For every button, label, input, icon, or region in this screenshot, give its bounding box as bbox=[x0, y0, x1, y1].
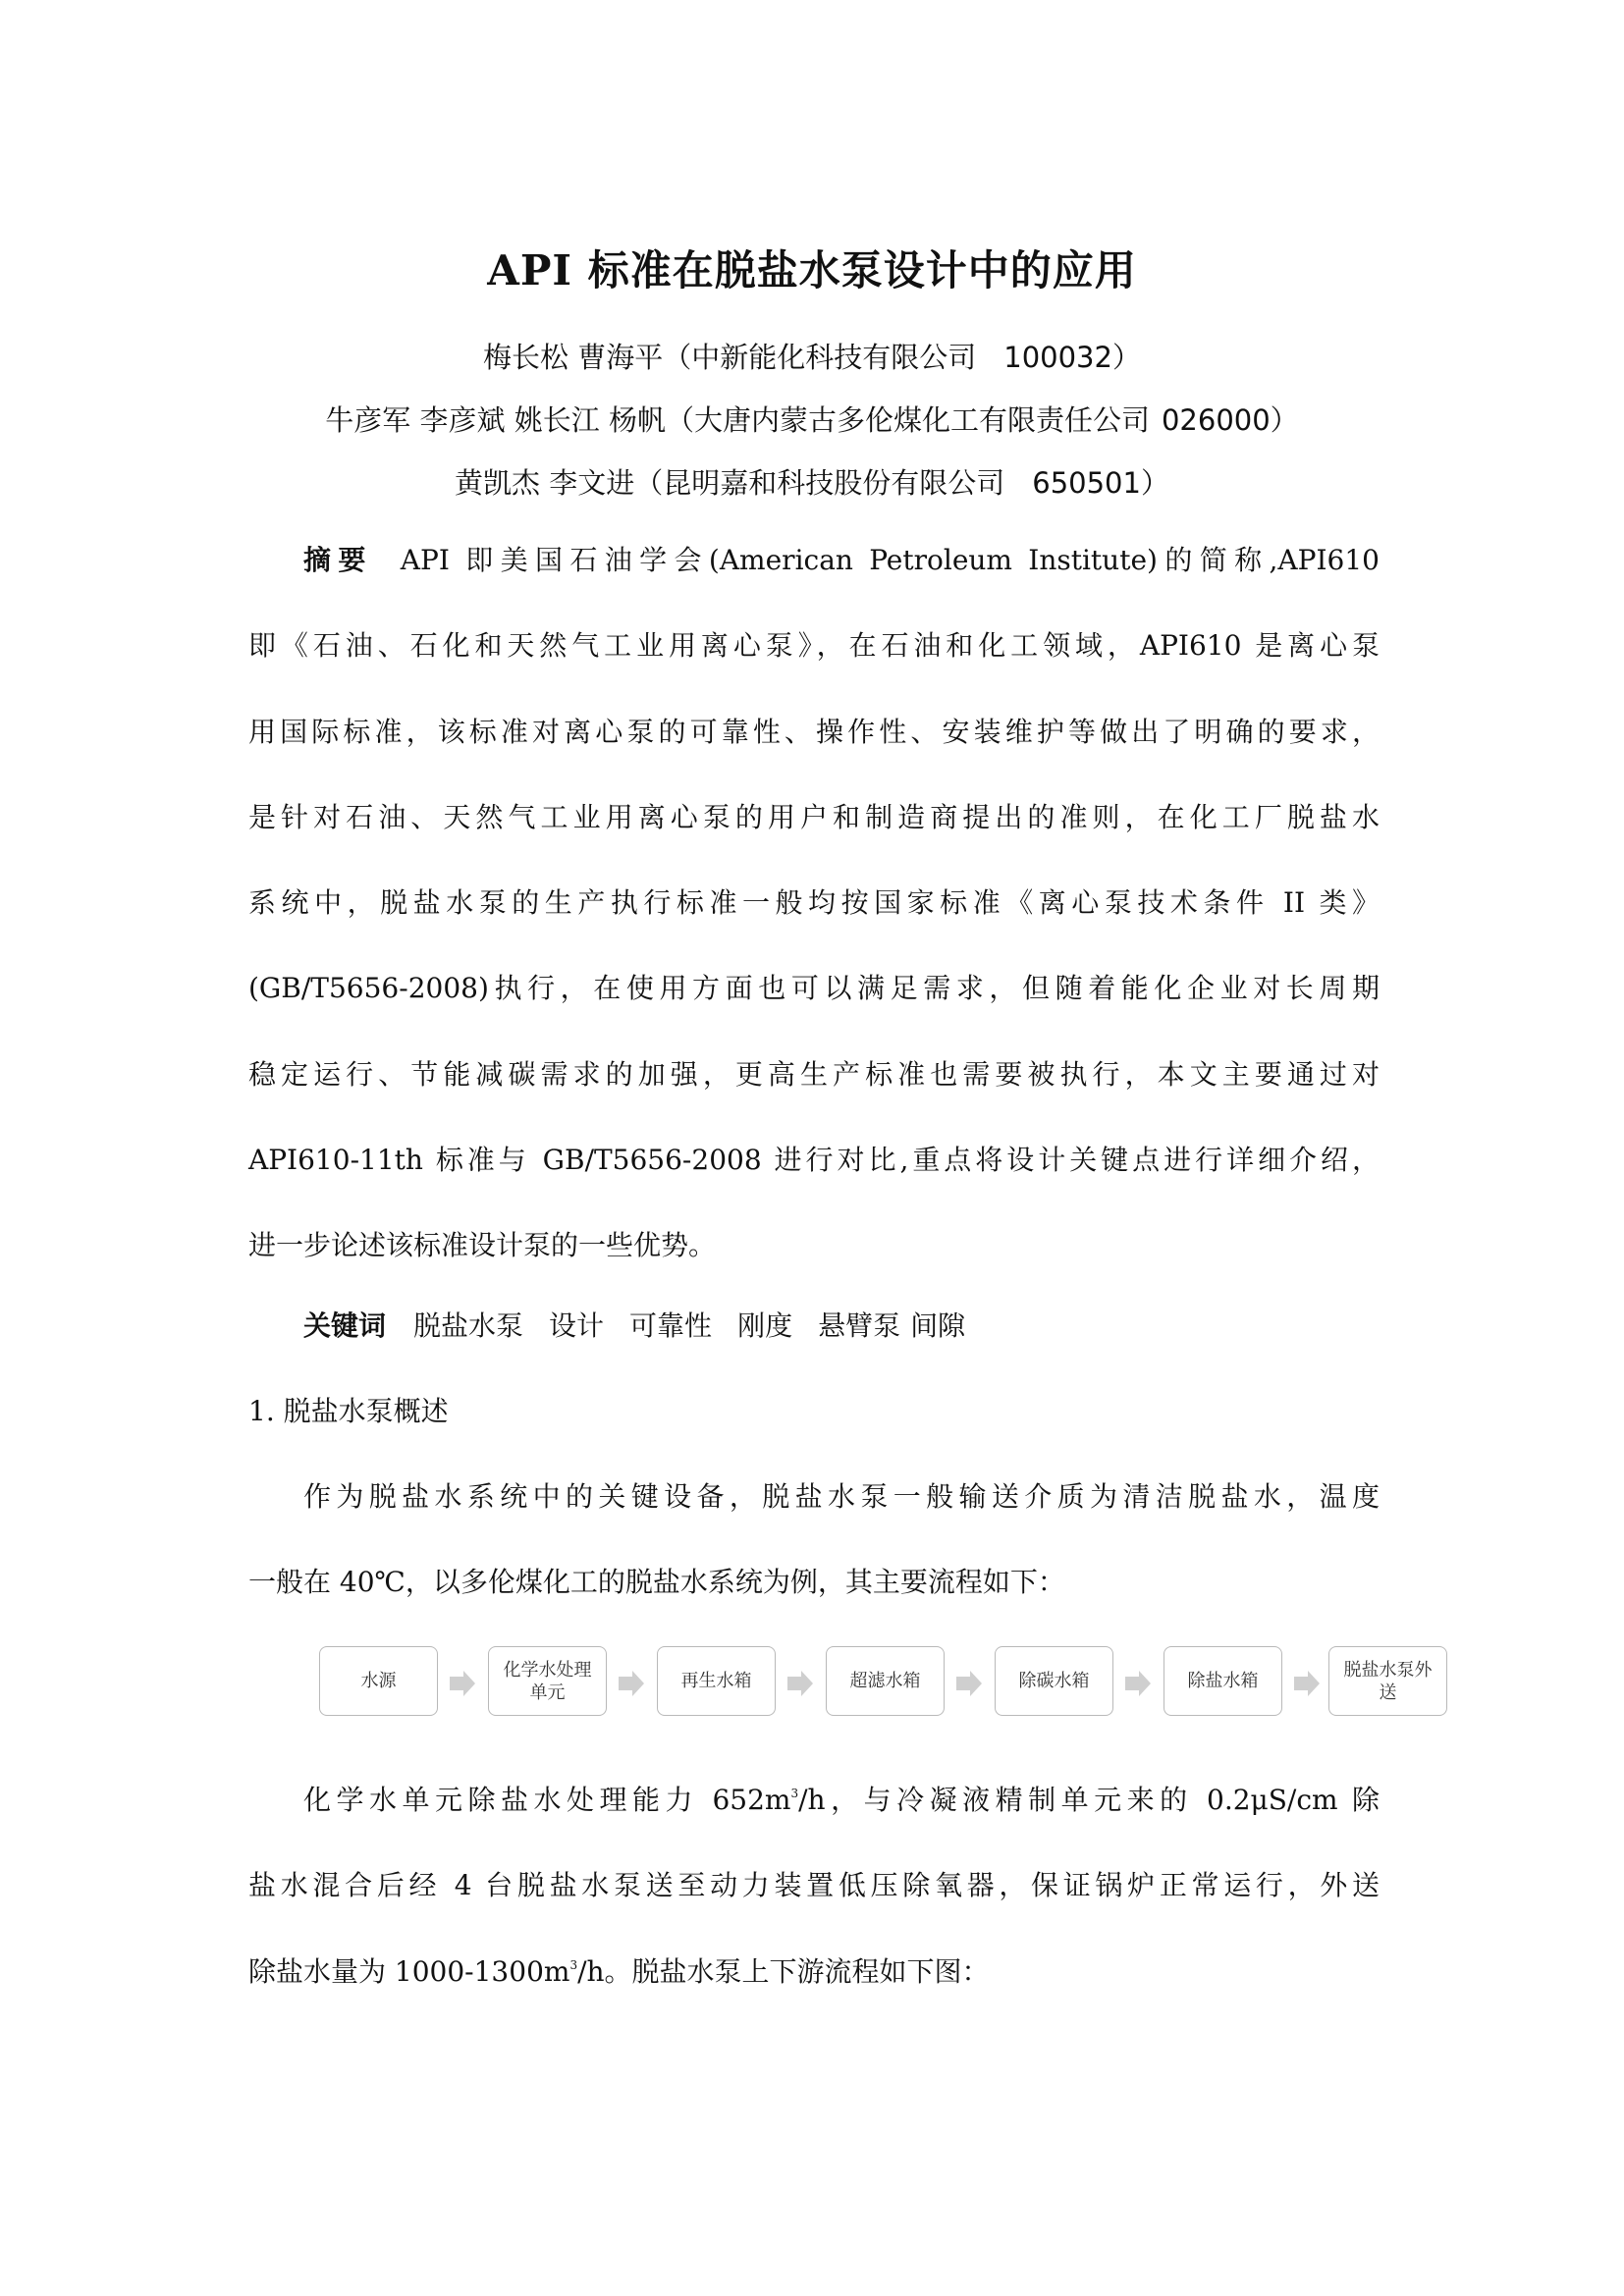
abstract-line: 系统中，脱盐水泵的生产执行标准一般均按国家标准《离心泵技术条件 II 类》 bbox=[248, 860, 1380, 945]
paper-title: API 标准在脱盐水泵设计中的应用 bbox=[0, 243, 1624, 298]
keywords-label: 关键词 bbox=[303, 1309, 386, 1342]
paragraph-line: 化学水单元除盐水处理能力 652m3/h，与冷凝液精制单元来的 0.2μS/cm… bbox=[248, 1757, 1380, 1842]
document-page: API 标准在脱盐水泵设计中的应用 梅长松 曹海平（中新能化科技有限公司1000… bbox=[0, 0, 1624, 2296]
author-names: 黄凯杰 李文进 bbox=[455, 466, 634, 500]
abstract-line: 稳定运行、节能减碳需求的加强，更高生产标准也需要被执行，本文主要通过对 bbox=[248, 1032, 1380, 1117]
flow-step: 脱盐水泵外送 bbox=[1328, 1646, 1447, 1716]
abstract-line: 是针对石油、天然气工业用离心泵的用户和制造商提出的准则，在化工厂脱盐水 bbox=[248, 774, 1380, 860]
abstract-label: 摘要 bbox=[303, 544, 373, 576]
paragraph: 化学水单元除盐水处理能力 652m3/h，与冷凝液精制单元来的 0.2μS/cm… bbox=[248, 1757, 1380, 2014]
author-line-2: 牛彦军 李彦斌 姚长江 杨帆（大唐内蒙古多伦煤化工有限责任公司026000） bbox=[0, 400, 1624, 440]
author-line-1: 梅长松 曹海平（中新能化科技有限公司100032） bbox=[0, 338, 1624, 377]
flow-step: 超滤水箱 bbox=[826, 1646, 945, 1716]
author-zip: 100032） bbox=[1003, 341, 1141, 374]
paragraph-line: 一般在 40℃，以多伦煤化工的脱盐水系统为例，其主要流程如下： bbox=[248, 1539, 1380, 1625]
paragraph-line: 盐水混合后经 4 台脱盐水泵送至动力装置低压除氧器，保证锅炉正常运行，外送 bbox=[248, 1842, 1380, 1928]
abstract-line: 进一步论述该标准设计泵的一些优势。 bbox=[248, 1202, 1380, 1288]
keyword: 设计 bbox=[549, 1309, 604, 1342]
flow-step: 除碳水箱 bbox=[995, 1646, 1113, 1716]
keywords: 关键词脱盐水泵设计可靠性刚度悬臂泵间隙 bbox=[248, 1283, 1380, 1368]
author-line-3: 黄凯杰 李文进（昆明嘉和科技股份有限公司650501） bbox=[0, 463, 1624, 503]
paragraph-line: 除盐水量为 1000-1300m3/h。脱盐水泵上下游流程如下图： bbox=[248, 1929, 1380, 2014]
abstract-line: (GB/T5656-2008)执行，在使用方面也可以满足需求，但随着能化企业对长… bbox=[248, 945, 1380, 1031]
keyword: 刚度 bbox=[737, 1309, 792, 1342]
author-affiliation: （昆明嘉和科技股份有限公司 bbox=[634, 466, 1004, 500]
author-affiliation: （中新能化科技有限公司 bbox=[663, 341, 976, 374]
keyword: 可靠性 bbox=[629, 1309, 712, 1342]
author-names: 牛彦军 李彦斌 姚长江 杨帆 bbox=[325, 403, 666, 437]
flow-step: 除盐水箱 bbox=[1164, 1646, 1282, 1716]
author-affiliation: （大唐内蒙古多伦煤化工有限责任公司 bbox=[666, 403, 1150, 437]
author-names: 梅长松 曹海平 bbox=[483, 341, 663, 374]
paragraph: 作为脱盐水系统中的关键设备，脱盐水泵一般输送介质为清洁脱盐水，温度 一般在 40… bbox=[248, 1454, 1380, 1626]
abstract: 摘要API 即美国石油学会(American Petroleum Institu… bbox=[248, 517, 1380, 1289]
keyword: 间隙 bbox=[910, 1309, 965, 1342]
paragraph-line: 作为脱盐水系统中的关键设备，脱盐水泵一般输送介质为清洁脱盐水，温度 bbox=[248, 1454, 1380, 1539]
section-heading: 1. 脱盐水泵概述 bbox=[248, 1368, 1380, 1454]
author-zip: 026000） bbox=[1162, 403, 1299, 437]
abstract-line: 即《石油、石化和天然气工业用离心泵》，在石油和化工领域，API610 是离心泵 bbox=[248, 603, 1380, 688]
keyword: 脱盐水泵 bbox=[413, 1309, 523, 1342]
flow-step: 再生水箱 bbox=[657, 1646, 776, 1716]
abstract-line: API610-11th 标准与 GB/T5656-2008 进行对比,重点将设计… bbox=[248, 1117, 1380, 1202]
abstract-line: 摘要API 即美国石油学会(American Petroleum Institu… bbox=[248, 517, 1380, 603]
flow-step: 化学水处理单元 bbox=[488, 1646, 607, 1716]
author-zip: 650501） bbox=[1032, 466, 1169, 500]
abstract-line: 用国际标准，该标准对离心泵的可靠性、操作性、安装维护等做出了明确的要求， bbox=[248, 689, 1380, 774]
flow-step: 水源 bbox=[319, 1646, 438, 1716]
keyword: 悬臂泵 bbox=[818, 1309, 900, 1342]
